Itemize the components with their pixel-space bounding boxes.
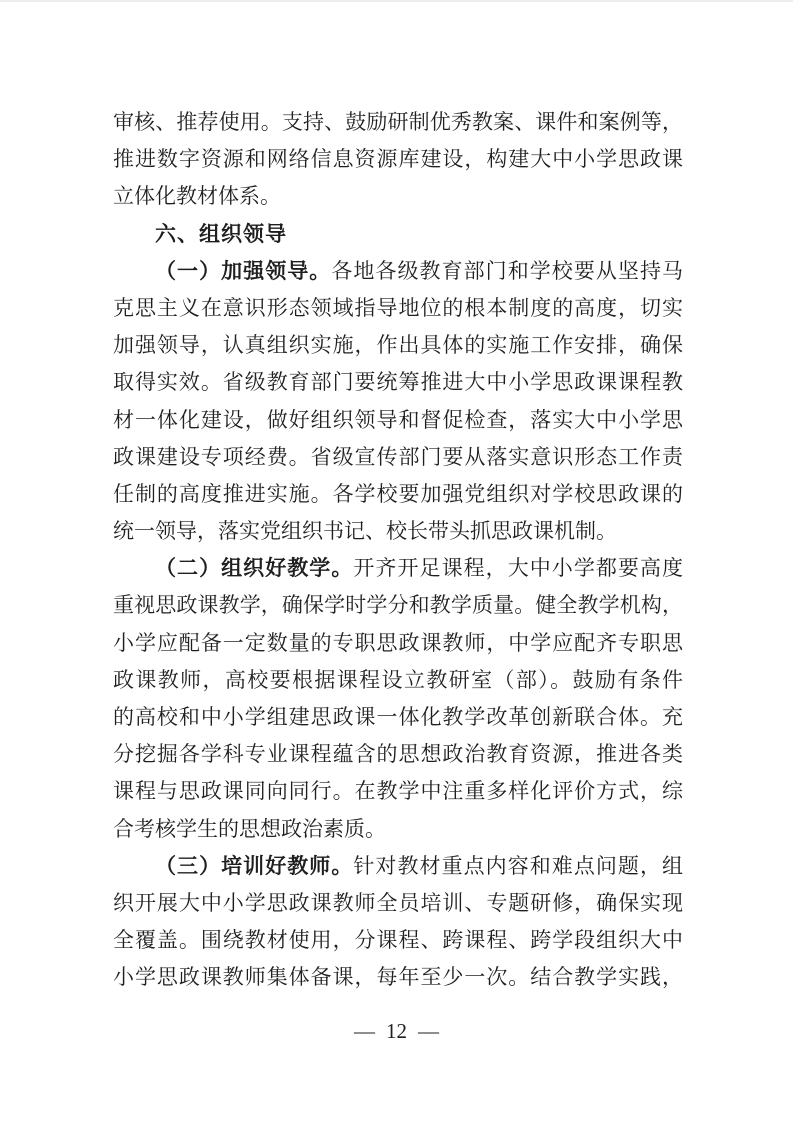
- line-text: 重视思政课教学，确保学时学分和教学质量。健全教学机构，: [113, 593, 683, 617]
- line-text: 立体化教材体系。: [113, 184, 281, 208]
- line-text: 审核、推荐使用。支持、鼓励研制优秀教案、课件和案例等，: [113, 110, 683, 134]
- document-page: 审核、推荐使用。支持、鼓励研制优秀教案、课件和案例等， 推进数字资源和网络信息资…: [0, 0, 793, 1122]
- text-line: 政课建设专项经费。省级宣传部门要从落实意识形态工作责: [113, 439, 683, 476]
- page-top-edge-artifact: [0, 0, 793, 2]
- paragraph-lead-bold: （三）培训好教师。: [155, 854, 353, 878]
- text-line: 织开展大中小学思政课教师全员培训、专题研修，确保实现: [113, 885, 683, 922]
- line-text: 小学思政课教师集体备课，每年至少一次。结合教学实践，: [113, 965, 683, 989]
- line-text: 分挖掘各学科专业课程蕴含的思想政治教育资源，推进各类: [113, 742, 683, 766]
- line-text: 小学应配备一定数量的专职思政课教师，中学应配齐专职思: [113, 631, 683, 655]
- text-line: 全覆盖。围绕教材使用，分课程、跨课程、跨学段组织大中: [113, 922, 683, 959]
- line-text: 开齐开足课程，大中小学都要高度: [353, 556, 683, 580]
- line-text: 推进数字资源和网络信息资源库建设，构建大中小学思政课: [113, 147, 683, 171]
- section-heading-text: 六、组织领导: [155, 223, 287, 246]
- line-text: 政课教师，高校要根据课程设立教研室（部）。鼓励有条件: [113, 668, 683, 692]
- text-line: 重视思政课教学，确保学时学分和教学质量。健全教学机构，: [113, 587, 683, 624]
- line-text: 全覆盖。围绕教材使用，分课程、跨课程、跨学段组织大中: [113, 928, 683, 952]
- line-text: 取得实效。省级教育部门要统筹推进大中小学思政课课程教: [113, 370, 683, 394]
- footer-left-dash: —: [354, 1019, 375, 1043]
- text-line: 课程与思政课同向同行。在教学中注重多样化评价方式，综: [113, 773, 683, 810]
- line-text: 针对教材重点内容和难点问题，组: [353, 854, 683, 878]
- line-text: 加强领导，认真组织实施，作出具体的实施工作安排，确保: [113, 333, 683, 357]
- line-text: 合考核学生的思想政治素质。: [113, 817, 386, 841]
- line-text: 的高校和中小学组建思政课一体化教学改革创新联合体。充: [113, 705, 683, 729]
- page-footer: —12—: [0, 1019, 793, 1044]
- text-line: 克思主义在意识形态领域指导地位的根本制度的高度，切实: [113, 290, 683, 327]
- section-heading: 六、组织领导: [113, 216, 683, 253]
- line-text: 课程与思政课同向同行。在教学中注重多样化评价方式，综: [113, 779, 683, 803]
- text-line: 立体化教材体系。: [113, 178, 683, 215]
- text-line: 的高校和中小学组建思政课一体化教学改革创新联合体。充: [113, 699, 683, 736]
- line-text: 克思主义在意识形态领域指导地位的根本制度的高度，切实: [113, 296, 683, 320]
- page-number: 12: [386, 1019, 407, 1043]
- text-line: 审核、推荐使用。支持、鼓励研制优秀教案、课件和案例等，: [113, 104, 683, 141]
- paragraph-lead-line: （一）加强领导。各地各级教育部门和学校要从坚持马: [113, 253, 683, 290]
- text-line: 小学应配备一定数量的专职思政课教师，中学应配齐专职思: [113, 625, 683, 662]
- text-line: 合考核学生的思想政治素质。: [113, 811, 683, 848]
- text-line: 政课教师，高校要根据课程设立教研室（部）。鼓励有条件: [113, 662, 683, 699]
- paragraph-lead-line: （三）培训好教师。针对教材重点内容和难点问题，组: [113, 848, 683, 885]
- line-text: 统一领导，落实党组织书记、校长带头抓思政课机制。: [113, 519, 617, 543]
- text-line: 推进数字资源和网络信息资源库建设，构建大中小学思政课: [113, 141, 683, 178]
- text-line: 加强领导，认真组织实施，作出具体的实施工作安排，确保: [113, 327, 683, 364]
- line-text: 织开展大中小学思政课教师全员培训、专题研修，确保实现: [113, 891, 683, 915]
- text-line: 任制的高度推进实施。各学校要加强党组织对学校思政课的: [113, 476, 683, 513]
- text-line: 取得实效。省级教育部门要统筹推进大中小学思政课课程教: [113, 364, 683, 401]
- document-body: 审核、推荐使用。支持、鼓励研制优秀教案、课件和案例等， 推进数字资源和网络信息资…: [113, 104, 683, 997]
- paragraph-lead-bold: （二）组织好教学。: [155, 556, 353, 580]
- text-line: 分挖掘各学科专业课程蕴含的思想政治教育资源，推进各类: [113, 736, 683, 773]
- text-line: 材一体化建设，做好组织领导和督促检查，落实大中小学思: [113, 402, 683, 439]
- line-text: 任制的高度推进实施。各学校要加强党组织对学校思政课的: [113, 482, 683, 506]
- text-line: 小学思政课教师集体备课，每年至少一次。结合教学实践，: [113, 959, 683, 996]
- line-text: 各地各级教育部门和学校要从坚持马: [331, 259, 683, 283]
- footer-right-dash: —: [418, 1019, 439, 1043]
- line-text: 材一体化建设，做好组织领导和督促检查，落实大中小学思: [113, 408, 683, 432]
- text-line: 统一领导，落实党组织书记、校长带头抓思政课机制。: [113, 513, 683, 550]
- paragraph-lead-bold: （一）加强领导。: [155, 259, 331, 283]
- paragraph-lead-line: （二）组织好教学。开齐开足课程，大中小学都要高度: [113, 550, 683, 587]
- line-text: 政课建设专项经费。省级宣传部门要从落实意识形态工作责: [113, 445, 683, 469]
